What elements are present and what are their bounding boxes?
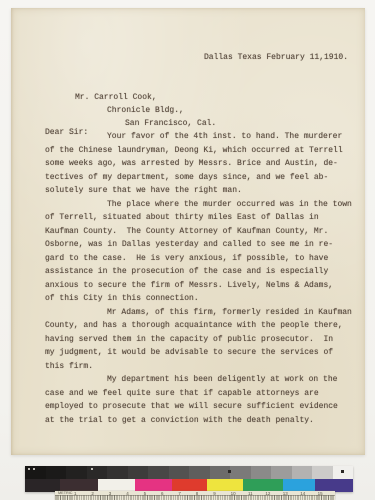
letter-line: anxious to secure the firm of Messrs. Li… — [45, 279, 357, 293]
registration-mark — [228, 470, 231, 473]
registration-dot — [91, 468, 93, 470]
color-calibration-bar — [25, 466, 353, 492]
letter-line: of the Chinese laundryman, Deong Ki, whi… — [45, 144, 357, 158]
grayscale-step — [292, 466, 313, 479]
letter-page: Dallas Texas February 11,1910. Mr. Carro… — [11, 8, 365, 455]
grayscale-step — [66, 466, 87, 479]
grayscale-step — [312, 466, 333, 479]
letter-line: Mr Adams, of this firm, formerly resided… — [45, 306, 357, 320]
letter-line: Kaufman County. The County Attorney of K… — [45, 225, 357, 239]
letter-line: Osborne, was in Dallas yesterday and cal… — [45, 238, 357, 252]
letter-line: having served them in the capacity of pu… — [45, 333, 357, 347]
letter-body: Your favor of the 4th inst. to hand. The… — [45, 130, 357, 427]
letter-line: tectives of my department, some days sin… — [45, 171, 357, 185]
metric-ruler: METRIC 123456789101112131415 — [55, 491, 335, 500]
address-line: San Francisco, Cal. — [125, 117, 216, 130]
address-line: Mr. Carroll Cook, — [75, 91, 216, 104]
letter-line: of Terrell, situated about thirty miles … — [45, 211, 357, 225]
letter-line: case and we feel quite sure that if capa… — [45, 387, 357, 401]
grayscale-step — [107, 466, 128, 479]
letter-line: solutely sure that we have the right man… — [45, 184, 357, 198]
letter-line: at the trial to get a conviction with th… — [45, 414, 357, 428]
grayscale-step — [189, 466, 210, 479]
letter-line: The place where the murder occurred was … — [45, 198, 357, 212]
address-line: Chronicle Bldg., — [107, 104, 216, 117]
grayscale-step — [128, 466, 149, 479]
scanned-letter-image: Dallas Texas February 11,1910. Mr. Carro… — [0, 0, 375, 500]
grayscale-step — [251, 466, 272, 479]
grayscale-step — [230, 466, 251, 479]
grayscale-step — [210, 466, 231, 479]
letter-line: My department his been deligently at wor… — [45, 373, 357, 387]
address-block: Mr. Carroll Cook,Chronicle Bldg.,San Fra… — [75, 91, 216, 130]
ruler-ticks — [55, 495, 335, 500]
letter-line: Your favor of the 4th inst. to hand. The… — [45, 130, 357, 144]
letter-line: County, and has a thorough acquaintance … — [45, 319, 357, 333]
letter-dateline: Dallas Texas February 11,1910. — [204, 53, 348, 62]
letter-line: this firm. — [45, 360, 357, 374]
letter-line: assistance in the prosecution of the cas… — [45, 265, 357, 279]
letter-line: some weeks ago, was arrested by Messrs. … — [45, 157, 357, 171]
letter-line: of this City in this connection. — [45, 292, 357, 306]
letter-line: gard to the case. He is very anxious, if… — [45, 252, 357, 266]
registration-mark — [341, 470, 344, 473]
grayscale-step — [271, 466, 292, 479]
letter-line: employed to prosecute that we will secur… — [45, 400, 357, 414]
grayscale-step — [148, 466, 169, 479]
grayscale-step — [46, 466, 67, 479]
registration-dot — [33, 468, 35, 470]
registration-dot — [28, 468, 30, 470]
letter-line: my judgment, it would be advisable to se… — [45, 346, 357, 360]
grayscale-strip — [25, 466, 353, 479]
grayscale-step — [87, 466, 108, 479]
grayscale-step — [169, 466, 190, 479]
